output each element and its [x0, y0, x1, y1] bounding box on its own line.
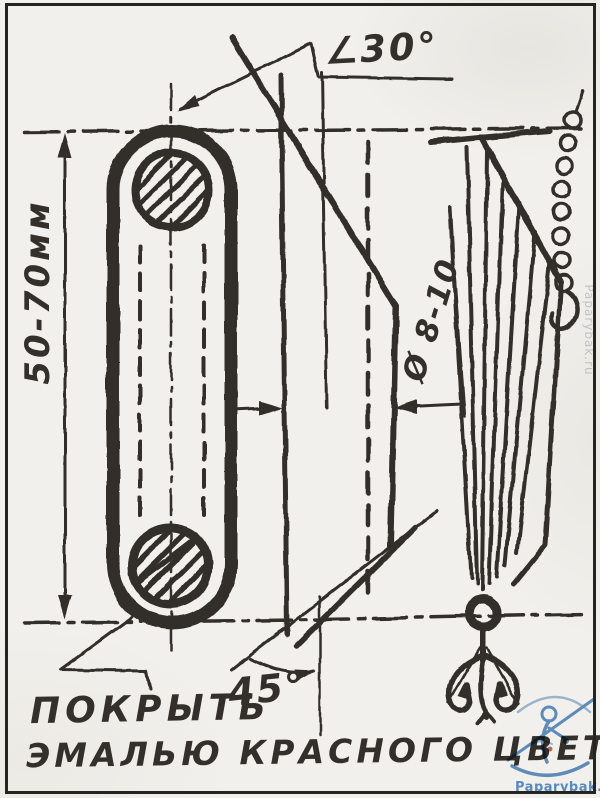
fisherman-logo-icon: [0, 0, 600, 798]
watermark-text: Paparybak.ru: [515, 780, 600, 795]
scanned-technical-drawing: ∠30° 50-70мм Ø 8-10 45° ПОКРЫТЬ ЭМАЛЬЮ К…: [0, 0, 600, 798]
